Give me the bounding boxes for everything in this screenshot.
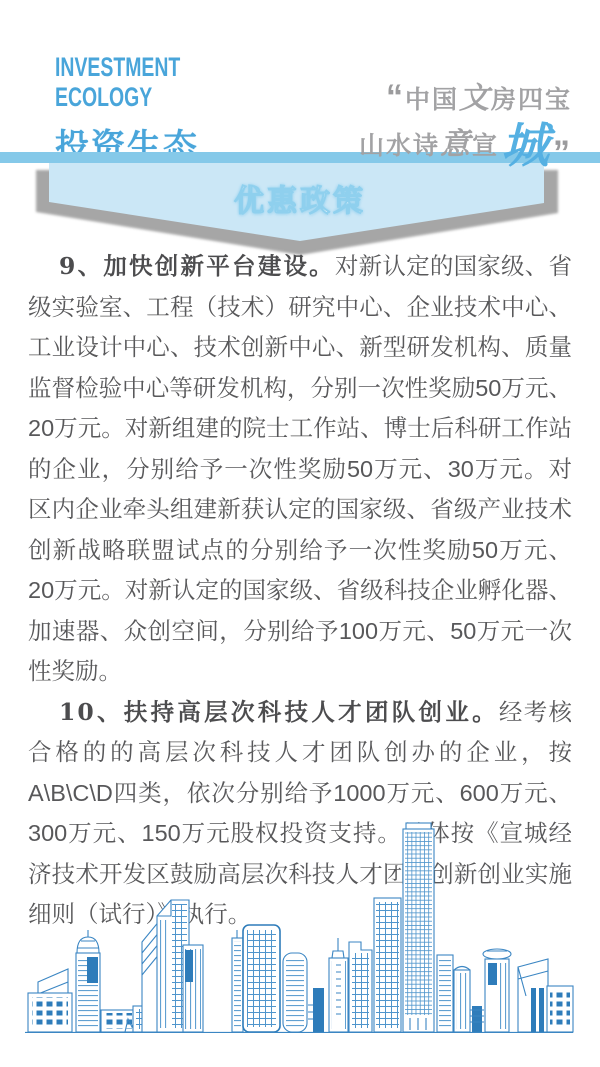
paragraph-9-lead: 9、加快创新平台建设。 <box>59 252 335 280</box>
slogan-line1: “中国文房四宝 <box>359 78 572 119</box>
paragraph-10-lead: 10、扶持高层次科技人才团队创业。 <box>59 698 499 726</box>
open-quote: “ <box>386 78 405 116</box>
section-title: 优惠政策 <box>0 176 600 220</box>
page-root: INVESTMENT ECOLOGY 投资生态 “中国文房四宝 山水诗意宣城” … <box>0 0 600 1067</box>
slogan-line2: 山水诗意宣城” <box>359 119 572 165</box>
slogan-text: 房四宝 <box>491 86 572 114</box>
close-quote: ” <box>553 134 572 172</box>
slogan-calligraphy-cheng: 城 <box>501 118 551 174</box>
slogan-text: 中国 <box>405 86 459 114</box>
slogan-text: 宣 <box>472 132 499 160</box>
slogan-calligraphy-wen: 文 <box>459 81 491 116</box>
slogan-calligraphy-yi: 意 <box>440 127 472 162</box>
city-skyline-illustration <box>25 820 575 1035</box>
slogan: “中国文房四宝 山水诗意宣城” <box>359 78 572 165</box>
title-en-line2: ECOLOGY <box>55 82 180 112</box>
paragraph-9: 9、加快创新平台建设。对新认定的国家级、省级实验室、工程（技术）研究中心、企业技… <box>28 246 572 692</box>
paragraph-9-text: 对新认定的国家级、省级实验室、工程（技术）研究中心、企业技术中心、工业设计中心、… <box>28 253 572 684</box>
title-en: INVESTMENT ECOLOGY <box>55 52 180 112</box>
slogan-text: 山水诗 <box>359 132 440 160</box>
title-en-line1: INVESTMENT <box>55 52 180 82</box>
page-title: INVESTMENT ECOLOGY 投资生态 <box>55 52 229 168</box>
